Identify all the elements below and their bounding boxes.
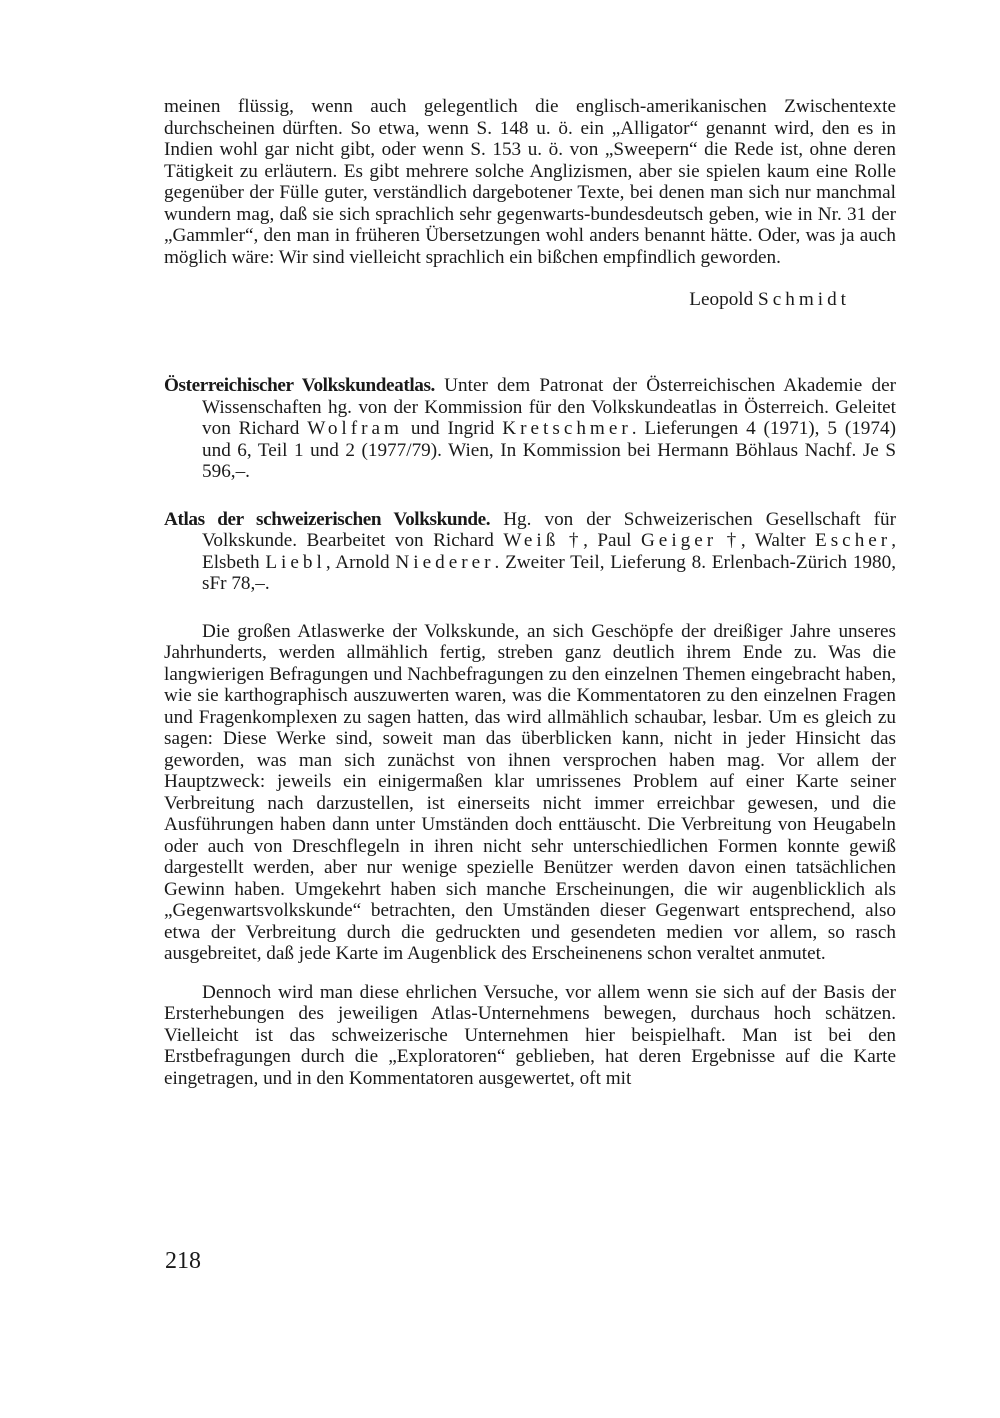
page-number: 218 xyxy=(165,1248,201,1275)
editor-name: Geiger xyxy=(641,530,717,551)
signature-first-name: Leopold xyxy=(689,289,753,310)
entry-title: Österreichischer Volkskundeatlas. xyxy=(164,375,435,396)
author-signature: Leopold Schmidt xyxy=(164,289,896,311)
bibliography-entry-austrian-atlas: Österreichischer Volkskundeatlas. Unter … xyxy=(164,375,896,483)
body-paragraph: Dennoch wird man diese ehrlichen Versuch… xyxy=(164,982,896,1090)
signature-surname: Schmidt xyxy=(758,289,850,310)
editor-name: Niederer xyxy=(395,552,494,573)
document-page: meinen flüssig, wenn auch gelegentlich d… xyxy=(164,96,896,1089)
editor-name: Liebl xyxy=(265,552,326,573)
editor-name: Escher xyxy=(815,530,891,551)
entry-title: Atlas der schweizerischen Volkskunde. xyxy=(164,509,490,530)
editor-name: Kretschmer xyxy=(502,418,632,439)
editor-name: Wolfram xyxy=(307,418,403,439)
body-paragraph: Die großen Atlaswerke der Volkskunde, an… xyxy=(164,621,896,965)
editor-name: Weiß xyxy=(503,530,559,551)
bibliography-entry-swiss-atlas: Atlas der schweizerischen Volkskunde. Hg… xyxy=(164,509,896,595)
continuation-paragraph: meinen flüssig, wenn auch gelegentlich d… xyxy=(164,96,896,268)
